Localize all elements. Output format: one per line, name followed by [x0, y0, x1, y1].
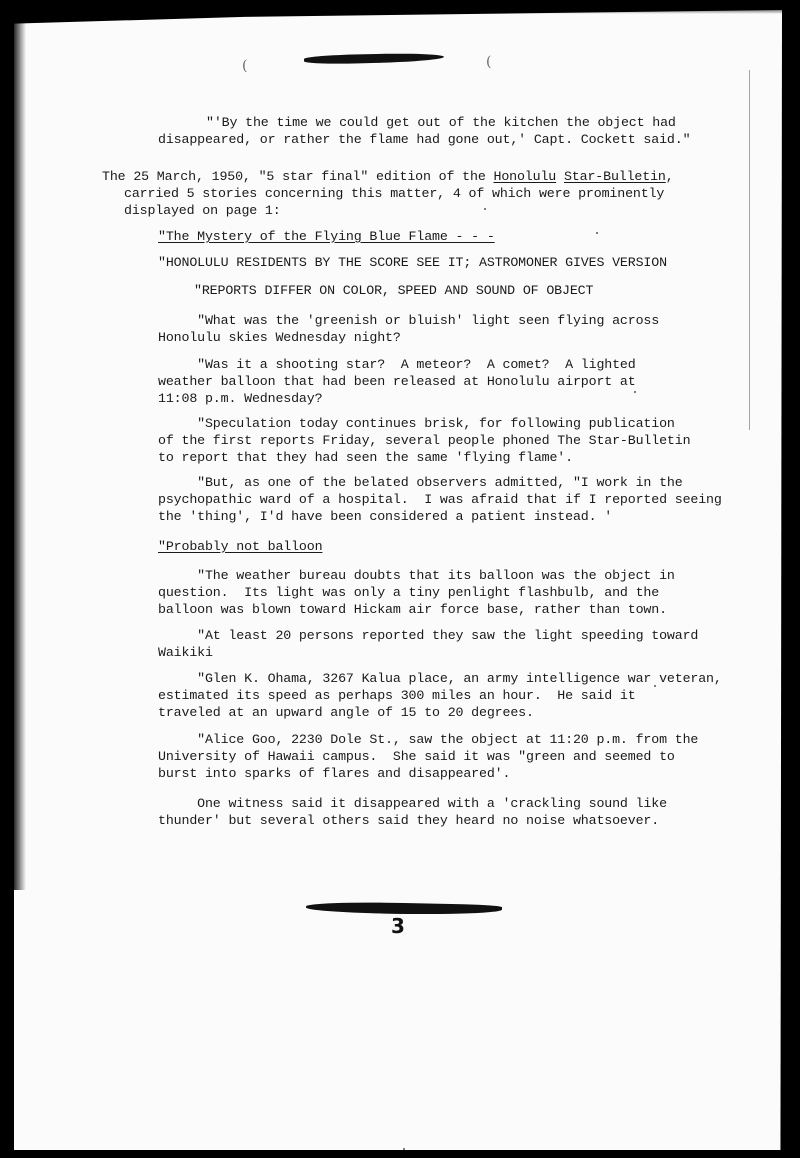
quote-line: "'By the time we could get out of the ki…	[206, 114, 676, 131]
paragraph-line: psychopathic ward of a hospital. I was a…	[158, 491, 722, 508]
hole-punch-mark-left: (	[242, 58, 247, 74]
quote-line: disappeared, or rather the flame had gon…	[158, 131, 690, 148]
paragraph-line: "At least 20 persons reported they saw t…	[158, 627, 698, 644]
scan-speck	[596, 232, 598, 234]
scan-speck	[484, 208, 486, 210]
scan-edge-shadow	[0, 0, 26, 890]
paragraph-line: 11:08 p.m. Wednesday?	[158, 390, 322, 407]
paragraph-line: traveled at an upward angle of 15 to 20 …	[158, 704, 534, 721]
subhead: "Probably not balloon	[158, 538, 322, 555]
space	[556, 169, 564, 184]
paragraph-line: the 'thing', I'd have been considered a …	[158, 508, 612, 525]
paragraph-line: estimated its speed as perhaps 300 miles…	[158, 687, 636, 704]
headline-1: "The Mystery of the Flying Blue Flame - …	[158, 228, 495, 245]
newspaper-name: Honolulu	[493, 169, 556, 184]
paragraph-line: "But, as one of the belated observers ad…	[158, 474, 683, 491]
scan-speck	[403, 1148, 405, 1150]
redaction-mark-top	[304, 52, 444, 65]
paragraph-line: of the first reports Friday, several peo…	[158, 432, 690, 449]
paragraph-line: "The weather bureau doubts that its ball…	[158, 567, 675, 584]
paragraph-line: question. Its light was only a tiny penl…	[158, 584, 659, 601]
newspaper-name: Star-Bulletin	[564, 169, 666, 184]
intro-line-2: carried 5 stories concerning this matter…	[124, 185, 664, 202]
paragraph-line: "Speculation today continues brisk, for …	[158, 415, 675, 432]
paragraph-line: One witness said it disappeared with a '…	[158, 795, 667, 812]
scan-artifact-line	[749, 70, 750, 430]
paragraph-line: balloon was blown toward Hickam air forc…	[158, 601, 667, 618]
scan-speck	[634, 391, 636, 393]
intro-line-3: displayed on page 1:	[124, 202, 281, 219]
paragraph-line: "Glen K. Ohama, 3267 Kalua place, an arm…	[158, 670, 722, 687]
paragraph-line: "Was it a shooting star? A meteor? A com…	[158, 356, 636, 373]
paragraph-line: weather balloon that had been released a…	[158, 373, 636, 390]
paragraph-line: Honolulu skies Wednesday night?	[158, 329, 401, 346]
headline-2: "HONOLULU RESIDENTS BY THE SCORE SEE IT;…	[158, 254, 667, 271]
document-page: ( ( "'By the time we could get out of th…	[14, 10, 782, 1150]
punctuation: ,	[666, 169, 674, 184]
paragraph-line: University of Hawaii campus. She said it…	[158, 748, 675, 765]
paragraph-line: to report that they had seen the same 'f…	[158, 449, 573, 466]
paragraph-line: thunder' but several others said they he…	[158, 812, 659, 829]
hole-punch-mark-right: (	[486, 54, 491, 70]
intro-text: The 25 March, 1950, "5 star final" editi…	[102, 169, 493, 184]
page-number: 3	[391, 914, 405, 938]
paragraph-line: "Alice Goo, 2230 Dole St., saw the objec…	[158, 731, 698, 748]
intro-line-1: The 25 March, 1950, "5 star final" editi…	[102, 168, 674, 185]
paragraph-line: "What was the 'greenish or bluish' light…	[158, 312, 659, 329]
scan-edge-shadow	[0, 0, 800, 14]
headline-3: "REPORTS DIFFER ON COLOR, SPEED AND SOUN…	[194, 282, 593, 299]
paragraph-line: burst into sparks of flares and disappea…	[158, 765, 510, 782]
scan-speck	[654, 685, 656, 687]
paragraph-line: Waikiki	[158, 644, 213, 661]
